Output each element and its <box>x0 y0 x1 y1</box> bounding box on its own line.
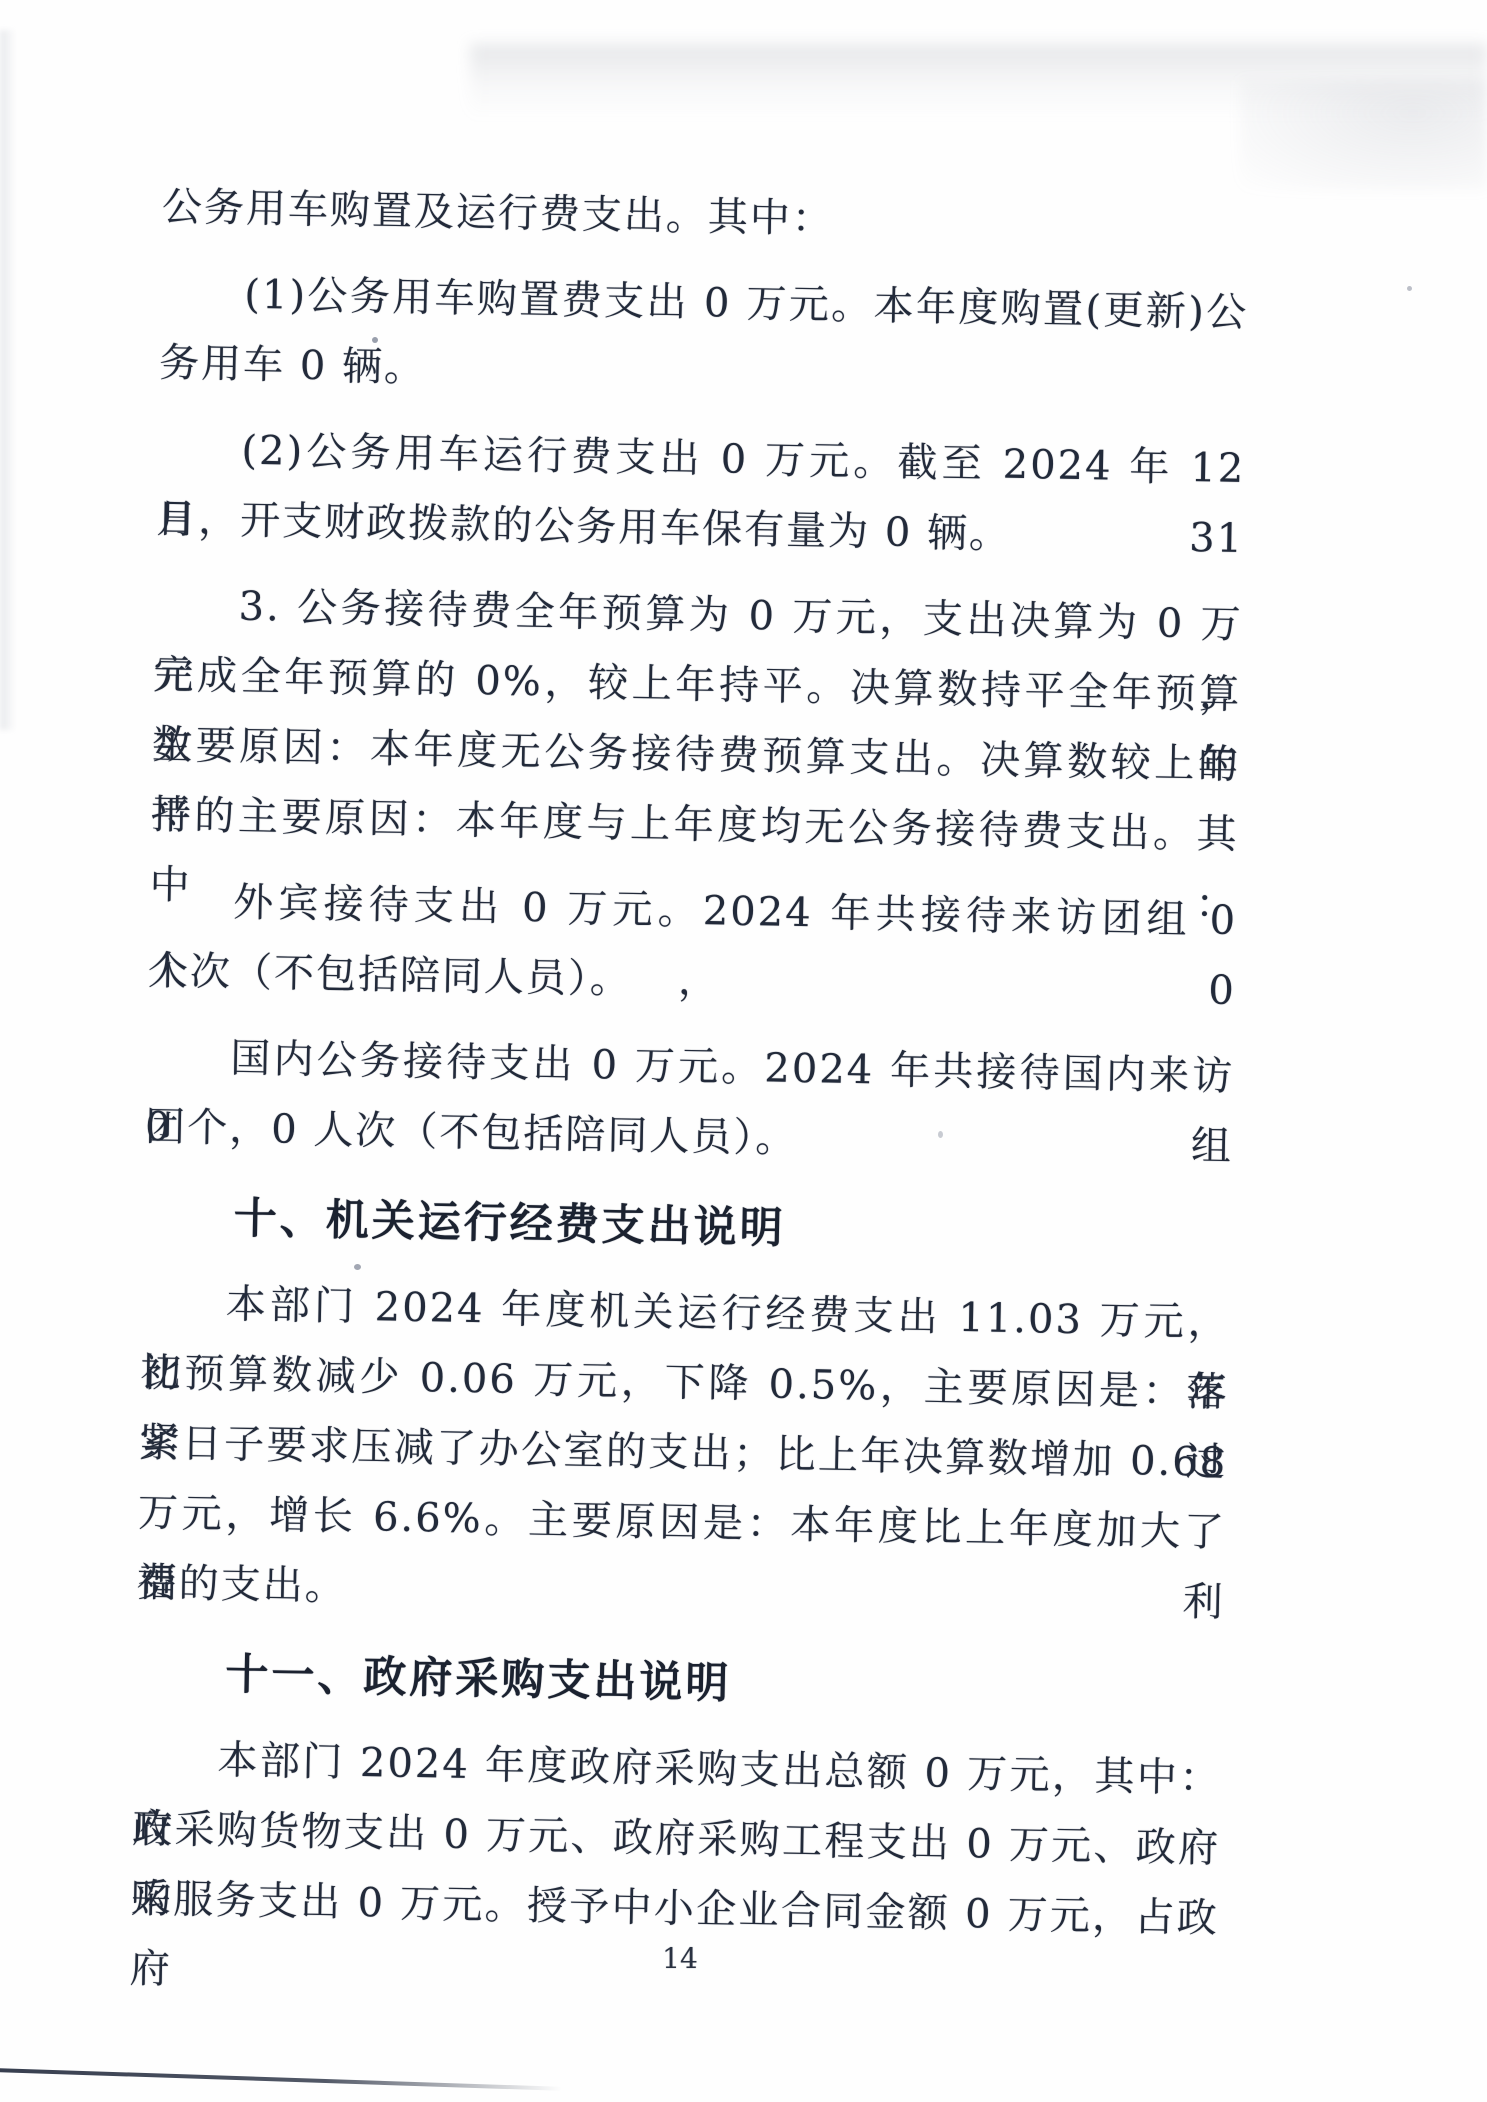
page-number: 14 <box>650 1942 710 1975</box>
scan-smudge-top <box>470 44 1487 118</box>
paragraph: 本部门 2024 年度政府采购支出总额 0 万元，其中：政府采购货物支出 0 万… <box>130 1724 1222 1954</box>
scan-edge-line <box>0 2068 562 2090</box>
paragraph: (2)公务用车运行费支出 0 万元。截至 2024 年 12 月 31日，开支财… <box>156 414 1246 574</box>
paragraph: (1)公务用车购置费支出 0 万元。本年度购置(更新)公务用车 0 辆。 <box>158 258 1248 418</box>
paragraph: 国内公务接待支出 0 万元。2024 年共接待国内来访团组0 个，0 人次（不包… <box>144 1022 1234 1182</box>
section-heading: 十、机关运行经费支出说明 <box>143 1182 1232 1272</box>
text-line: 十一、政府采购支出说明 <box>134 1638 1223 1728</box>
paragraph: 本部门 2024 年度机关运行经费支出 11.03 万元，比年初预算数减少 0.… <box>136 1268 1230 1638</box>
paragraph: 3. 公务接待费全年预算为 0 万元，支出决算为 0 万元，完成全年预算的 0%… <box>150 570 1243 870</box>
scan-speck <box>1407 286 1412 291</box>
paragraph: 外宾接待支出 0 万元。2024 年共接待来访团组 0 个，0人次（不包括陪同人… <box>147 866 1237 1026</box>
document-body: 公务用车购置及运行费支出。其中：(1)公务用车购置费支出 0 万元。本年度购置(… <box>130 172 1250 1954</box>
paragraph: 公务用车购置及运行费支出。其中： <box>161 172 1250 262</box>
scan-smudge-corner <box>1240 80 1487 190</box>
section-heading: 十一、政府采购支出说明 <box>134 1638 1223 1728</box>
text-line: 公务用车购置及运行费支出。其中： <box>161 172 1250 262</box>
scan-edge-streak <box>0 30 16 730</box>
text-line: 十、机关运行经费支出说明 <box>143 1182 1232 1272</box>
